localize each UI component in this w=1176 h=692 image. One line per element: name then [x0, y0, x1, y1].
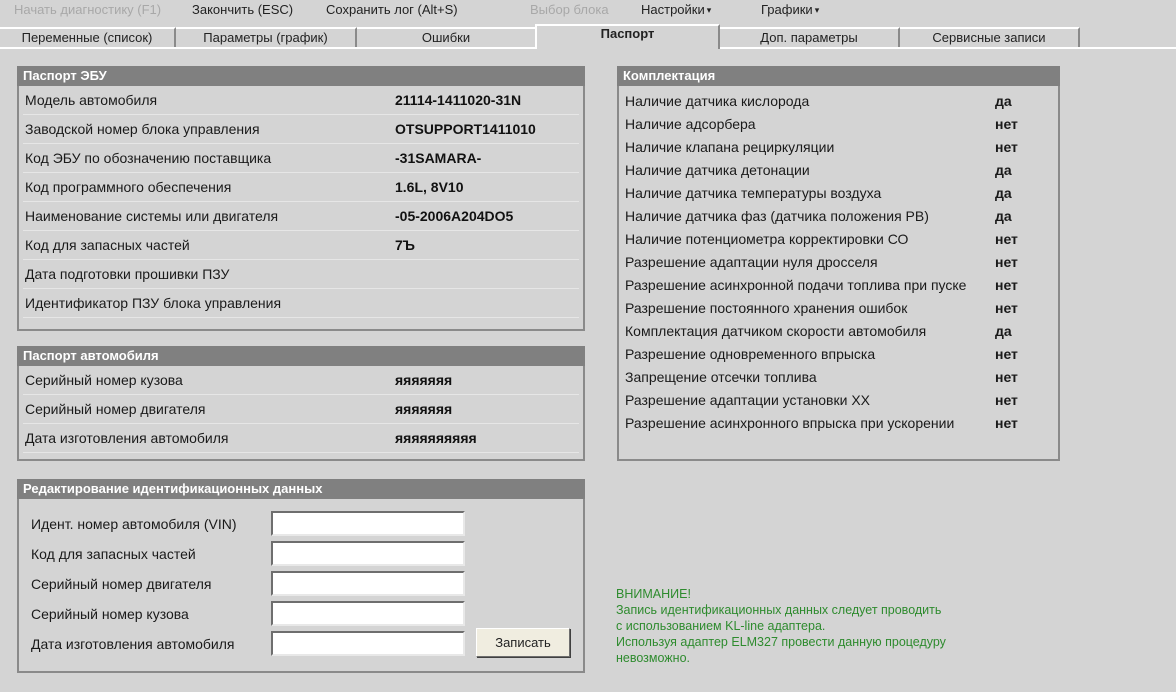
ecu-passport-list: Модель автомобиля 21114-1411020-31NЗавод… [19, 86, 583, 318]
ecu-passport-row: Наименование системы или двигателя-05-20… [23, 202, 579, 231]
row-value: нет [995, 254, 1018, 270]
settings-menu[interactable]: Настройки▾ [641, 2, 711, 17]
field-label: Код для запасных частей [31, 546, 196, 562]
warning-line: Используя адаптер ELM327 провести данную… [616, 634, 946, 650]
row-label: Наличие адсорбера [625, 116, 756, 132]
row-value: OTSUPPORT1411010 [395, 121, 536, 137]
row-label: Серийный номер кузова [25, 372, 183, 388]
ecu-passport-row: Заводской номер блока управленияOTSUPPOR… [23, 115, 579, 144]
row-value: нет [995, 392, 1018, 408]
form-row: Идент. номер автомобиля (VIN) [31, 511, 571, 537]
warning-line: с использованием KL-line адаптера. [616, 618, 946, 634]
save-log-menu[interactable]: Сохранить лог (Alt+S) [326, 2, 458, 17]
row-label: Код программного обеспечения [25, 179, 231, 195]
row-value: да [995, 93, 1012, 109]
row-label: Разрешение асинхронной подачи топлива пр… [625, 277, 966, 293]
menu-bar: Начать диагностику (F1) Закончить (ESC) … [0, 0, 1176, 20]
row-value: нет [995, 116, 1018, 132]
configuration-row: Наличие потенциометра корректировки СОне… [623, 228, 1054, 251]
write-button[interactable]: Записать [476, 628, 570, 657]
ecu-passport-row: Модель автомобиля 21114-1411020-31N [23, 86, 579, 115]
configuration-row: Комплектация датчиком скорости автомобил… [623, 320, 1054, 343]
tab-parameters-graph[interactable]: Параметры (график) [176, 27, 357, 48]
row-label: Наличие датчика детонации [625, 162, 810, 178]
graphs-menu[interactable]: Графики▾ [761, 2, 819, 17]
manufacture-date-field[interactable] [271, 631, 465, 656]
finish-menu[interactable]: Закончить (ESC) [192, 2, 293, 17]
row-value: нет [995, 139, 1018, 155]
graphs-label: Графики [761, 2, 813, 17]
row-value: да [995, 323, 1012, 339]
row-value: 7Ъ [395, 237, 415, 253]
ecu-passport-title: Паспорт ЭБУ [17, 66, 585, 86]
configuration-row: Разрешение адаптации нуля дросселянет [623, 251, 1054, 274]
field-label: Серийный номер двигателя [31, 576, 211, 592]
configuration-row: Разрешение асинхронного впрыска при уско… [623, 412, 1054, 435]
tab-errors[interactable]: Ошибки [357, 27, 537, 48]
settings-label: Настройки [641, 2, 705, 17]
chevron-down-icon: ▾ [707, 5, 712, 15]
edit-ident-title: Редактирование идентификационных данных [17, 479, 585, 499]
body-serial-field[interactable] [271, 601, 465, 626]
row-label: Наличие датчика температуры воздуха [625, 185, 881, 201]
configuration-row: Наличие датчика фаз (датчика положения Р… [623, 205, 1054, 228]
configuration-row: Наличие датчика температуры воздухада [623, 182, 1054, 205]
field-label: Дата изготовления автомобиля [31, 636, 235, 652]
field-label: Идент. номер автомобиля (VIN) [31, 516, 237, 532]
car-passport-panel: Паспорт автомобиля Серийный номер кузова… [17, 346, 585, 461]
configuration-row: Разрешение адаптации установки ХХнет [623, 389, 1054, 412]
ecu-passport-row: Код для запасных частей7Ъ [23, 231, 579, 260]
form-row: Код для запасных частей [31, 541, 571, 567]
edit-ident-panel: Редактирование идентификационных данных … [17, 479, 585, 673]
row-value: яяяяяяя [395, 401, 452, 417]
configuration-row: Разрешение постоянного хранения ошибокне… [623, 297, 1054, 320]
row-value: нет [995, 231, 1018, 247]
configuration-row: Наличие датчика кислородада [623, 90, 1054, 113]
row-label: Комплектация датчиком скорости автомобил… [625, 323, 926, 339]
row-label: Наличие датчика фаз (датчика положения Р… [625, 208, 929, 224]
configuration-row: Запрещение отсечки топливанет [623, 366, 1054, 389]
row-value: 1.6L, 8V10 [395, 179, 464, 195]
row-label: Разрешение постоянного хранения ошибок [625, 300, 907, 316]
row-label: Серийный номер двигателя [25, 401, 205, 417]
row-label: Наличие потенциометра корректировки СО [625, 231, 908, 247]
configuration-row: Разрешение асинхронной подачи топлива пр… [623, 274, 1054, 297]
tab-bar: Переменные (список) Параметры (график) О… [0, 24, 1176, 48]
car-passport-title: Паспорт автомобиля [17, 346, 585, 366]
row-label: Разрешение адаптации нуля дросселя [625, 254, 878, 270]
ecu-passport-row: Код программного обеспечения1.6L, 8V10 [23, 173, 579, 202]
chevron-down-icon: ▾ [815, 5, 820, 15]
row-value: нет [995, 369, 1018, 385]
spare-parts-code-field[interactable] [271, 541, 465, 566]
engine-serial-field[interactable] [271, 571, 465, 596]
row-label: Заводской номер блока управления [25, 121, 260, 137]
configuration-row: Наличие датчика детонациида [623, 159, 1054, 182]
row-label: Разрешение адаптации установки ХХ [625, 392, 870, 408]
configuration-row: Наличие клапана рециркуляциинет [623, 136, 1054, 159]
row-value: нет [995, 277, 1018, 293]
tab-variables-list[interactable]: Переменные (список) [0, 27, 176, 48]
configuration-row: Наличие адсорберанет [623, 113, 1054, 136]
ecu-passport-panel: Паспорт ЭБУ Модель автомобиля 21114-1411… [17, 66, 585, 331]
row-value: 21114-1411020-31N [395, 92, 521, 108]
row-label: Разрешение асинхронного впрыска при уско… [625, 415, 954, 431]
row-label: Код для запасных частей [25, 237, 190, 253]
tab-passport[interactable]: Паспорт [535, 24, 720, 49]
configuration-row: Разрешение одновременного впрысканет [623, 343, 1054, 366]
row-label: Наличие клапана рециркуляции [625, 139, 834, 155]
row-value: нет [995, 300, 1018, 316]
start-diagnostics-menu[interactable]: Начать диагностику (F1) [14, 2, 161, 17]
tab-service-records[interactable]: Сервисные записи [900, 27, 1080, 48]
warning-line: Запись идентификационных данных следует … [616, 602, 946, 618]
ecu-passport-row: Идентификатор ПЗУ блока управления [23, 289, 579, 318]
row-label: Дата подготовки прошивки ПЗУ [25, 266, 229, 282]
warning-line: невозможно. [616, 650, 946, 666]
configuration-panel: Комплектация Наличие датчика кислородада… [617, 66, 1060, 461]
car-passport-list: Серийный номер кузоваяяяяяяяСерийный ном… [19, 366, 583, 453]
row-label: Идентификатор ПЗУ блока управления [25, 295, 281, 311]
row-label: Разрешение одновременного впрыска [625, 346, 875, 362]
warning-line: ВНИМАНИЕ! [616, 586, 946, 602]
row-value: нет [995, 346, 1018, 362]
row-value: -05-2006A204DO5 [395, 208, 513, 224]
row-label: Дата изготовления автомобиля [25, 430, 229, 446]
form-row: Серийный номер двигателя [31, 571, 571, 597]
row-value: да [995, 208, 1012, 224]
ecu-passport-row: Дата подготовки прошивки ПЗУ [23, 260, 579, 289]
row-label: Код ЭБУ по обозначению поставщика [25, 150, 271, 166]
ecu-passport-row: Код ЭБУ по обозначению поставщика-31SAMA… [23, 144, 579, 173]
row-value: яяяяяяяяяя [395, 430, 477, 446]
row-label: Наличие датчика кислорода [625, 93, 809, 109]
form-row: Серийный номер кузова [31, 601, 571, 627]
field-label: Серийный номер кузова [31, 606, 189, 622]
kl-line-warning: ВНИМАНИЕ!Запись идентификационных данных… [616, 586, 946, 666]
configuration-title: Комплектация [617, 66, 1060, 86]
row-label: Наименование системы или двигателя [25, 208, 278, 224]
tab-extra-parameters[interactable]: Доп. параметры [720, 27, 900, 48]
row-value: да [995, 162, 1012, 178]
select-block-menu[interactable]: Выбор блока [530, 2, 609, 17]
row-label: Запрещение отсечки топлива [625, 369, 817, 385]
configuration-list: Наличие датчика кислородадаНаличие адсор… [619, 86, 1058, 435]
row-value: яяяяяяя [395, 372, 452, 388]
row-value: да [995, 185, 1012, 201]
car-passport-row: Серийный номер кузоваяяяяяяя [23, 366, 579, 395]
car-passport-row: Дата изготовления автомобиляяяяяяяяяяя [23, 424, 579, 453]
row-label: Модель автомобиля [25, 92, 157, 108]
vin-field[interactable] [271, 511, 465, 536]
row-value: -31SAMARA- [395, 150, 481, 166]
car-passport-row: Серийный номер двигателяяяяяяяя [23, 395, 579, 424]
row-value: нет [995, 415, 1018, 431]
